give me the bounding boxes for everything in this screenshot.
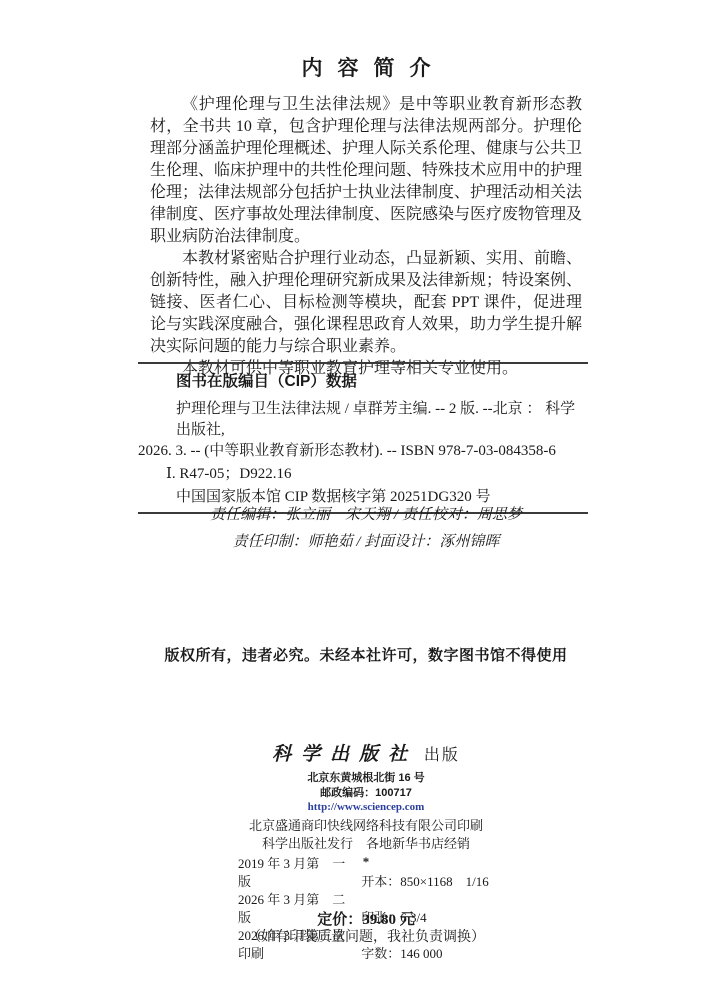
staff-production-line: 责任印制：师艳茹 / 封面设计：涿州锦晖 [150,529,582,556]
intro-paragraph-1: 《护理伦理与卫生法律法规》是中等职业教育新形态教材，全书共 10 章，包含护理伦… [150,94,582,248]
publisher-block: 科学出版社 出版 北京东黄城根北街 16 号 邮政编码：100717 http:… [150,744,582,868]
publisher-address: 北京东黄城根北街 16 号 [150,773,582,784]
exchange-note: （如有印装质量问题，我社负责调换） [150,926,582,946]
cip-entry-line-1: 护理伦理与卫生法律法规 / 卓群芳主编. -- 2 版. --北京 ： 科学出版… [138,399,588,441]
cip-heading: 图书在版编目（CIP）数据 [138,372,588,392]
publisher-postcode: 邮政编码：100717 [150,788,582,799]
distribution-line: 科学出版社发行 各地新华书店经销 [150,836,582,852]
cip-box: 图书在版编目（CIP）数据 护理伦理与卫生法律法规 / 卓群芳主编. -- 2 … [138,362,588,514]
printer-line: 北京盛通商印快线网络科技有限公司印刷 [150,818,582,834]
edition-date: 2019 年 3 月第 一 版 [238,855,358,891]
intro-paragraph-2: 本教材紧密贴合护理行业动态，凸显新颖、实用、前瞻、创新特性，融入护理伦理研究新成… [150,248,582,358]
page-title: 内容简介 [150,52,582,82]
edition-spec: 开本：850×1168 1/16 [361,873,488,891]
publisher-logo: 科学出版社 [272,744,417,765]
staff-credits: 责任编辑：张立丽 宋天翔 / 责任校对：周思梦 责任印制：师艳茹 / 封面设计：… [150,502,582,556]
cip-entry-line-2: 2026. 3. -- (中等职业教育新形态教材). -- ISBN 978-7… [138,441,588,462]
copyright-notice: 版权所有，违者必究。未经本社许可，数字图书馆不得使用 [110,644,622,665]
copyright-page: 内容简介 《护理伦理与卫生法律法规》是中等职业教育新形态教材，全书共 10 章，… [0,0,720,1000]
publish-label: 出版 [424,747,460,764]
edition-row-1: 2019 年 3 月第 一 版 开本：850×1168 1/16 [238,855,582,891]
publisher-logo-line: 科学出版社 出版 [150,744,582,767]
staff-editors-line: 责任编辑：张立丽 宋天翔 / 责任校对：周思梦 [150,502,582,529]
cip-classification: Ⅰ. R47-05；D922.16 [138,464,588,485]
intro-section: 《护理伦理与卫生法律法规》是中等职业教育新形态教材，全书共 10 章，包含护理伦… [150,94,582,380]
publisher-website: http://www.sciencep.com [150,802,582,813]
edition-spec: 字数：146 000 [361,945,442,963]
